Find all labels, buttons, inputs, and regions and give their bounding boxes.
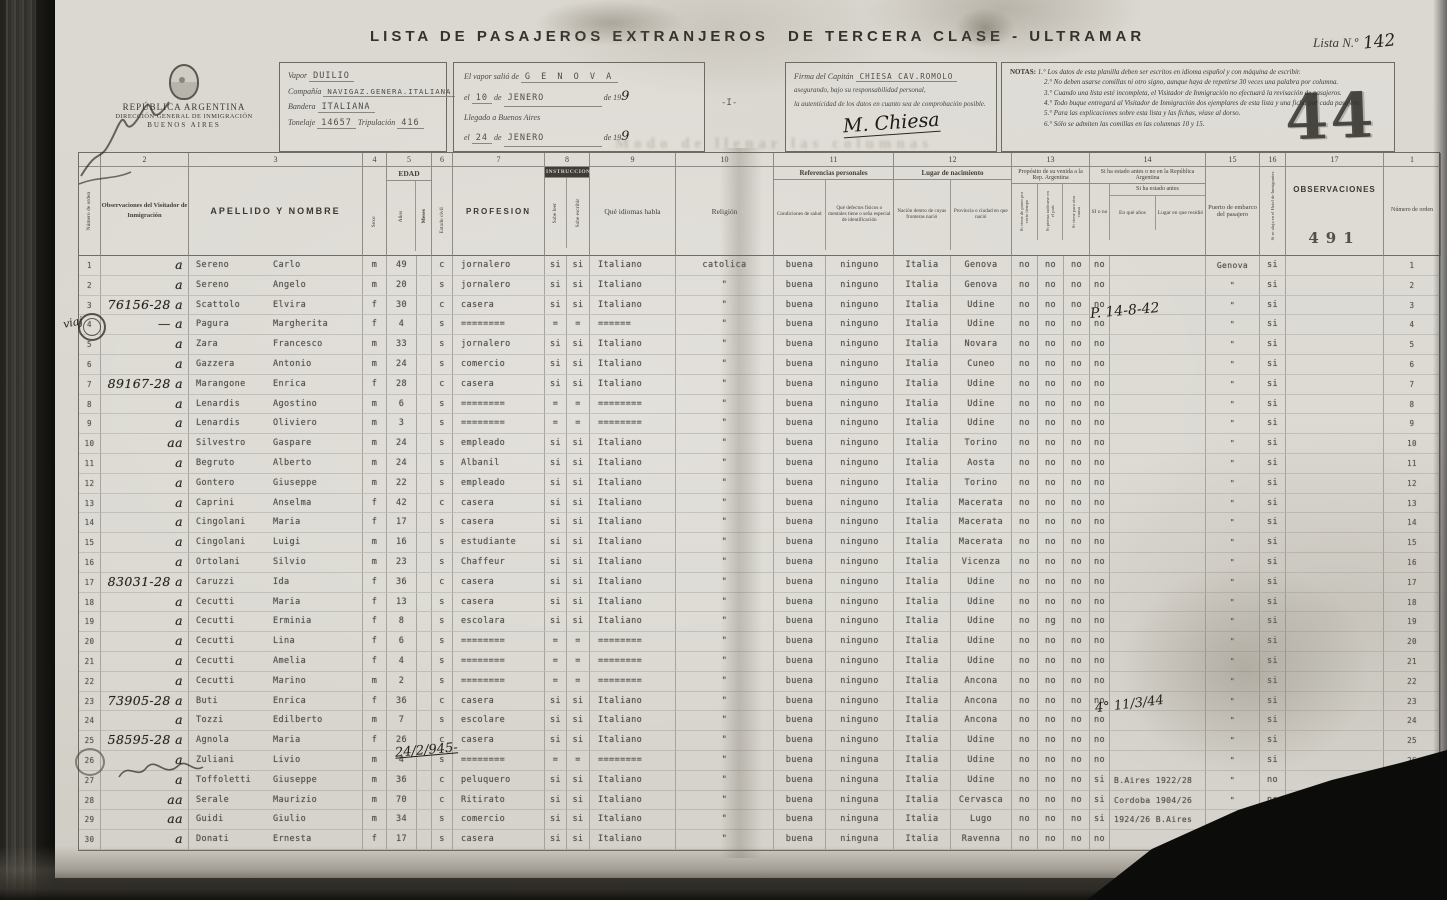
cell-obs2 [1286, 434, 1384, 454]
cell-p1: no [1012, 553, 1038, 573]
cell-salud: buena [774, 276, 826, 296]
cell-puerto: " [1206, 454, 1260, 474]
cell-p1: no [1012, 533, 1038, 553]
cell-leer: si [545, 434, 567, 454]
cell-rel: " [676, 711, 774, 731]
cell-name: Carlo [271, 256, 363, 276]
cell-idioma: Italiano [590, 731, 676, 751]
cell-civ: s [432, 355, 453, 375]
cell-p2: no [1038, 315, 1064, 335]
cell-obs2 [1286, 593, 1384, 613]
cell-p1: no [1012, 276, 1038, 296]
cell-asi: si [1090, 771, 1110, 791]
cell-sex: f [363, 375, 387, 395]
cell-prof: ======== [453, 632, 545, 652]
cell-obs2 [1286, 612, 1384, 632]
cell-prov: Genova [951, 256, 1012, 276]
cell-escr: = [567, 414, 590, 434]
dep-year-handwritten: 9 [621, 89, 629, 104]
cell-puerto: Genova [1206, 256, 1260, 276]
cell-sex: f [363, 632, 387, 652]
cell-sex: f [363, 593, 387, 613]
cell-sex: m [363, 355, 387, 375]
cell-obs2 [1286, 711, 1384, 731]
cell-prof: casera [453, 731, 545, 751]
cell-p3: no [1064, 474, 1090, 494]
hdr-hotel-inmigrantes: Si se aloja en el Hotel de Inmigrantes [1270, 171, 1275, 241]
hdr-proposito-sub3: Si viene para otra causa [1071, 190, 1081, 233]
hdr-sabe-leer: Sabe leer [552, 186, 558, 240]
cell-n: 20 [79, 632, 101, 652]
cell-hotel: si [1260, 751, 1286, 771]
cell-salud: buena [774, 315, 826, 335]
cell-asi: no [1090, 355, 1110, 375]
cell-n: 23 [79, 692, 101, 712]
cell-leer: si [545, 355, 567, 375]
cell-anos: 70 [387, 791, 417, 811]
cell-escr: si [567, 810, 590, 830]
cell-p1: no [1012, 731, 1038, 751]
cell-prof: comercio [453, 810, 545, 830]
cell-prov: Lugo [951, 810, 1012, 830]
cell-rel: " [676, 652, 774, 672]
cell-p2: ng [1038, 612, 1064, 632]
cell-defe: ninguno [826, 513, 894, 533]
colnum-7: 7 [453, 153, 545, 167]
cell-p1: no [1012, 612, 1038, 632]
cell-hotel: si [1260, 652, 1286, 672]
cell-name: Silvio [271, 553, 363, 573]
cell-asi: no [1090, 494, 1110, 514]
cell-p2: no [1038, 296, 1064, 316]
cell-hotel: si [1260, 395, 1286, 415]
cell-defe: ninguno [826, 296, 894, 316]
cell-salud: buena [774, 652, 826, 672]
cell-p1: no [1012, 810, 1038, 830]
cell-escr: si [567, 731, 590, 751]
cell-puerto: " [1206, 612, 1260, 632]
tripulacion-label: Tripulación [358, 118, 395, 127]
cell-surname: Begruto [189, 454, 271, 474]
cell-obs: a [101, 533, 189, 553]
cell-meses [417, 791, 432, 811]
cell-civ: c [432, 731, 453, 751]
hdr-proposito: Propósito de su venida a la Rep. Argenti… [1012, 167, 1089, 184]
cell-escr: si [567, 494, 590, 514]
cell-antes [1110, 494, 1206, 514]
cell-anos: 24 [387, 355, 417, 375]
cell-p2: no [1038, 414, 1064, 434]
cell-puerto: " [1206, 573, 1260, 593]
cell-p2: no [1038, 751, 1064, 771]
cell-hotel: si [1260, 672, 1286, 692]
cell-p3: no [1064, 731, 1090, 751]
cell-surname: Cecutti [189, 593, 271, 613]
cell-obs2 [1286, 494, 1384, 514]
cell-obs2 [1286, 355, 1384, 375]
cell-leer: si [545, 771, 567, 791]
hdr-observaciones-visitador: Observaciones del Visitador de Inmigraci… [101, 201, 188, 221]
cell-idioma: ====== [590, 315, 676, 335]
cell-p3: no [1064, 375, 1090, 395]
cell-p2: no [1038, 276, 1064, 296]
cell-sex: f [363, 513, 387, 533]
cell-p3: no [1064, 791, 1090, 811]
cell-name: Livio [271, 751, 363, 771]
cell-anos: 13 [387, 593, 417, 613]
cell-nacion: Italia [894, 632, 951, 652]
cell-escr: = [567, 315, 590, 335]
cell-obs2 [1286, 454, 1384, 474]
cell-hotel: si [1260, 612, 1286, 632]
salida-label: El vapor salió de [464, 72, 519, 81]
cell-p1: no [1012, 771, 1038, 791]
org-country: REPÚBLICA ARGENTINA [91, 102, 277, 113]
cell-prof: casera [453, 494, 545, 514]
cell-hotel: si [1260, 731, 1286, 751]
cell-hotel: si [1260, 533, 1286, 553]
cell-asi: no [1090, 593, 1110, 613]
cell-asi: no [1090, 692, 1110, 712]
cell-p3: no [1064, 315, 1090, 335]
cell-meses [417, 256, 432, 276]
cell-prof: ======== [453, 315, 545, 335]
cell-asi: no [1090, 751, 1110, 771]
el-label-1: el [464, 93, 470, 102]
cell-civ: s [432, 751, 453, 771]
cell-obs2 [1286, 553, 1384, 573]
cell-escr: si [567, 296, 590, 316]
cell-hotel: si [1260, 434, 1286, 454]
cell-defe: ninguno [826, 434, 894, 454]
cell-asi: no [1090, 434, 1110, 454]
cell-nacion: Italia [894, 652, 951, 672]
cell-escr: si [567, 276, 590, 296]
cell-antes [1110, 692, 1206, 712]
cell-obs2 [1286, 276, 1384, 296]
cell-prof: casera [453, 375, 545, 395]
cell-defe: ninguna [826, 810, 894, 830]
cell-sex: m [363, 256, 387, 276]
colnum-9: 9 [590, 153, 676, 167]
cell-salud: buena [774, 454, 826, 474]
cell-prov: Aosta [951, 454, 1012, 474]
cell-obs2 [1286, 296, 1384, 316]
cell-rel: " [676, 751, 774, 771]
cell-antes [1110, 632, 1206, 652]
cell-nacion: Italia [894, 573, 951, 593]
colnum-12: 12 [894, 153, 1012, 167]
cell-name: Elvira [271, 296, 363, 316]
cell-prov: Udine [951, 632, 1012, 652]
cell-name: Giuseppe [271, 771, 363, 791]
cell-p3: no [1064, 751, 1090, 771]
bleedthrough-ghost-text: Modo de llenar las columnas [615, 136, 933, 153]
cell-rel: " [676, 335, 774, 355]
cell-puerto: " [1206, 553, 1260, 573]
cell-surname: Gazzera [189, 355, 271, 375]
cell-anos: 26 [387, 731, 417, 751]
cell-civ: s [432, 315, 453, 335]
cell-p3: no [1064, 612, 1090, 632]
cell-hotel: si [1260, 315, 1286, 335]
cell-puerto: " [1206, 652, 1260, 672]
hdr-estado-civil: Estado civil [439, 185, 445, 255]
cell-surname: Gontero [189, 474, 271, 494]
cell-p3: no [1064, 335, 1090, 355]
cell-asi: no [1090, 573, 1110, 593]
cell-meses [417, 414, 432, 434]
hdr-idiomas: Qué idiomas habla [604, 207, 660, 216]
cell-salud: buena [774, 414, 826, 434]
cell-p2: no [1038, 335, 1064, 355]
hdr-defectos: Qué defectos físicos o mentales tiene o … [827, 206, 892, 224]
anio-label-1: de 19 [604, 93, 622, 102]
cell-sex: m [363, 335, 387, 355]
el-label-2: el [464, 133, 470, 142]
cell-civ: c [432, 573, 453, 593]
cell-defe: ninguno [826, 553, 894, 573]
cell-defe: ninguno [826, 276, 894, 296]
cell-nacion: Italia [894, 454, 951, 474]
cell-prov: Udine [951, 315, 1012, 335]
cell-obs: a [101, 612, 189, 632]
cell-nacion: Italia [894, 692, 951, 712]
cell-rel: " [676, 494, 774, 514]
lista-number-label: Lista N.º 142 [1313, 32, 1396, 52]
cell-defe: ninguno [826, 395, 894, 415]
cell-p1: no [1012, 315, 1038, 335]
colnum-3: 3 [189, 153, 363, 167]
hdr-numero-orden-2: Número de orden [1391, 206, 1433, 216]
cell-name: Giuseppe [271, 474, 363, 494]
cell-leer: si [545, 494, 567, 514]
cell-surname: Caruzzi [189, 573, 271, 593]
column-number-row: 2 3 4 5 6 7 8 9 10 11 12 13 14 15 16 17 … [79, 153, 1439, 167]
cell-idioma: Italiano [590, 612, 676, 632]
cell-civ: s [432, 454, 453, 474]
cell-obs: 76156-28 a [101, 296, 189, 316]
cell-p1: no [1012, 494, 1038, 514]
cell-idioma: Italiano [590, 276, 676, 296]
cell-puerto: " [1206, 533, 1260, 553]
cell-nacion: Italia [894, 276, 951, 296]
cell-anos: 8 [387, 612, 417, 632]
cell-idioma: ======== [590, 751, 676, 771]
cell-hotel: si [1260, 513, 1286, 533]
cell-asi: no [1090, 296, 1110, 316]
cell-leer: si [545, 454, 567, 474]
cell-puerto: " [1206, 315, 1260, 335]
cell-prof: casera [453, 296, 545, 316]
cell-prov: Cervasca [951, 791, 1012, 811]
cell-sex: m [363, 474, 387, 494]
cell-escr: si [567, 335, 590, 355]
cell-asi: no [1090, 553, 1110, 573]
cell-antes [1110, 315, 1206, 335]
cell-surname: Cecutti [189, 612, 271, 632]
cell-prof: jornalero [453, 256, 545, 276]
cell-prof: Albanil [453, 454, 545, 474]
cell-rel: " [676, 395, 774, 415]
cell-surname: Buti [189, 692, 271, 712]
cell-defe: ninguno [826, 573, 894, 593]
cell-salud: buena [774, 632, 826, 652]
cell-defe: ninguno [826, 256, 894, 276]
colnum-17: 17 [1286, 153, 1384, 167]
cell-puerto: " [1206, 355, 1260, 375]
cell-anos: 2 [387, 672, 417, 692]
cell-sex: m [363, 810, 387, 830]
cell-meses [417, 276, 432, 296]
cell-p2: no [1038, 434, 1064, 454]
cell-prov: Genova [951, 276, 1012, 296]
cell-prof: casera [453, 692, 545, 712]
cell-n: 3 [79, 296, 101, 316]
cell-escr: si [567, 533, 590, 553]
cell-leer: si [545, 810, 567, 830]
cell-rel: " [676, 296, 774, 316]
hdr-estado-antes: Si ha estado antes o no en la República … [1090, 167, 1205, 184]
cell-nacion: Italia [894, 513, 951, 533]
cell-civ: s [432, 593, 453, 613]
cell-nacion: Italia [894, 395, 951, 415]
cell-puerto: " [1206, 276, 1260, 296]
cell-obs: a [101, 395, 189, 415]
cell-anos: 36 [387, 692, 417, 712]
cell-leer: si [545, 711, 567, 731]
cell-defe: ninguno [826, 414, 894, 434]
cell-obs: a [101, 256, 189, 276]
cell-n: 24 [79, 711, 101, 731]
cell-leer: si [545, 553, 567, 573]
cell-puerto: " [1206, 375, 1260, 395]
cell-escr: si [567, 593, 590, 613]
cell-asi: no [1090, 414, 1110, 434]
cell-name: Enrica [271, 375, 363, 395]
cell-defe: ninguno [826, 474, 894, 494]
cell-prof: ======== [453, 395, 545, 415]
cell-p1: no [1012, 256, 1038, 276]
cell-n: 26 [79, 751, 101, 771]
cell-n: 5 [79, 335, 101, 355]
cell-prov: Udine [951, 751, 1012, 771]
cell-surname: Sereno [189, 276, 271, 296]
cell-idioma: Italiano [590, 533, 676, 553]
cell-anos: 17 [387, 513, 417, 533]
cell-asi: no [1090, 731, 1110, 751]
cell-name: Oliviero [271, 414, 363, 434]
cell-p3: no [1064, 513, 1090, 533]
cell-n: 28 [79, 791, 101, 811]
cell-salud: buena [774, 791, 826, 811]
cell-anos: 24 [387, 454, 417, 474]
cell-civ: c [432, 791, 453, 811]
cell-anos: 34 [387, 810, 417, 830]
cell-meses [417, 494, 432, 514]
cell-idioma: ======== [590, 652, 676, 672]
cell-idioma: Italiano [590, 355, 676, 375]
cell-antes [1110, 593, 1206, 613]
cell-leer: si [545, 573, 567, 593]
hdr-edad: EDAD [387, 167, 431, 181]
cell-n: 11 [79, 454, 101, 474]
vapor-label: Vapor [288, 71, 307, 80]
cell-nacion: Italia [894, 375, 951, 395]
cell-idioma: Italiano [590, 375, 676, 395]
cell-prov: Udine [951, 771, 1012, 791]
bandera-label: Bandera [288, 102, 316, 111]
cell-nacion: Italia [894, 791, 951, 811]
cell-meses [417, 771, 432, 791]
cell-p3: no [1064, 296, 1090, 316]
cell-idioma: Italiano [590, 434, 676, 454]
cell-defe: ninguno [826, 692, 894, 712]
cell-n: 27 [79, 771, 101, 791]
nota-1: 1.° Los datos de esta planilla deben ser… [1038, 68, 1301, 76]
cell-meses [417, 593, 432, 613]
cell-nacion: Italia [894, 553, 951, 573]
hdr-en-que-anos: En qué años [1110, 196, 1156, 230]
compania-value: NAVIGAZ.GENERA.ITALIANA [323, 87, 455, 97]
cell-surname: Cecutti [189, 632, 271, 652]
notas-label: NOTAS: [1010, 68, 1036, 76]
cell-civ: c [432, 296, 453, 316]
cell-n: 7 [79, 375, 101, 395]
cell-rel: " [676, 612, 774, 632]
cell-nacion: Italia [894, 711, 951, 731]
cell-anos: 6 [387, 632, 417, 652]
cell-sex: m [363, 751, 387, 771]
cell-sex: m [363, 791, 387, 811]
cell-p2: no [1038, 771, 1064, 791]
cell-n: 6 [79, 355, 101, 375]
colnum-14: 14 [1090, 153, 1206, 167]
cell-prof: empleado [453, 474, 545, 494]
cell-p3: no [1064, 276, 1090, 296]
cell-hotel: si [1260, 593, 1286, 613]
cell-obs: a [101, 276, 189, 296]
cell-n: 21 [79, 652, 101, 672]
cell-escr: si [567, 573, 590, 593]
cell-nacion: Italia [894, 533, 951, 553]
cell-rel: " [676, 375, 774, 395]
cell-name: Edilberto [271, 711, 363, 731]
cell-antes [1110, 256, 1206, 276]
cell-idioma: Italiano [590, 810, 676, 830]
hdr-instruccion: INSTRUCCION [545, 167, 589, 178]
cell-prof: comercio [453, 355, 545, 375]
cell-idioma: Italiano [590, 296, 676, 316]
cell-antes [1110, 355, 1206, 375]
cell-surname: Ortolani [189, 553, 271, 573]
cell-nacion: Italia [894, 593, 951, 613]
cell-antes [1110, 474, 1206, 494]
hdr-condiciones-salud: Condiciones de salud [777, 212, 821, 218]
cell-p3: no [1064, 632, 1090, 652]
cell-idioma: ======== [590, 632, 676, 652]
cell-defe: ninguno [826, 355, 894, 375]
cell-idioma: Italiano [590, 573, 676, 593]
hdr-lugar-nacimiento: Lugar de nacimiento [894, 167, 1011, 180]
cell-hotel: si [1260, 375, 1286, 395]
cell-name: Francesco [271, 335, 363, 355]
hdr-proposito-sub1: Si viene de paseo por corto tiempo [1019, 190, 1029, 233]
cell-obs2 [1286, 395, 1384, 415]
cell-p2: no [1038, 513, 1064, 533]
cell-antes [1110, 711, 1206, 731]
cell-idioma: Italiano [590, 474, 676, 494]
